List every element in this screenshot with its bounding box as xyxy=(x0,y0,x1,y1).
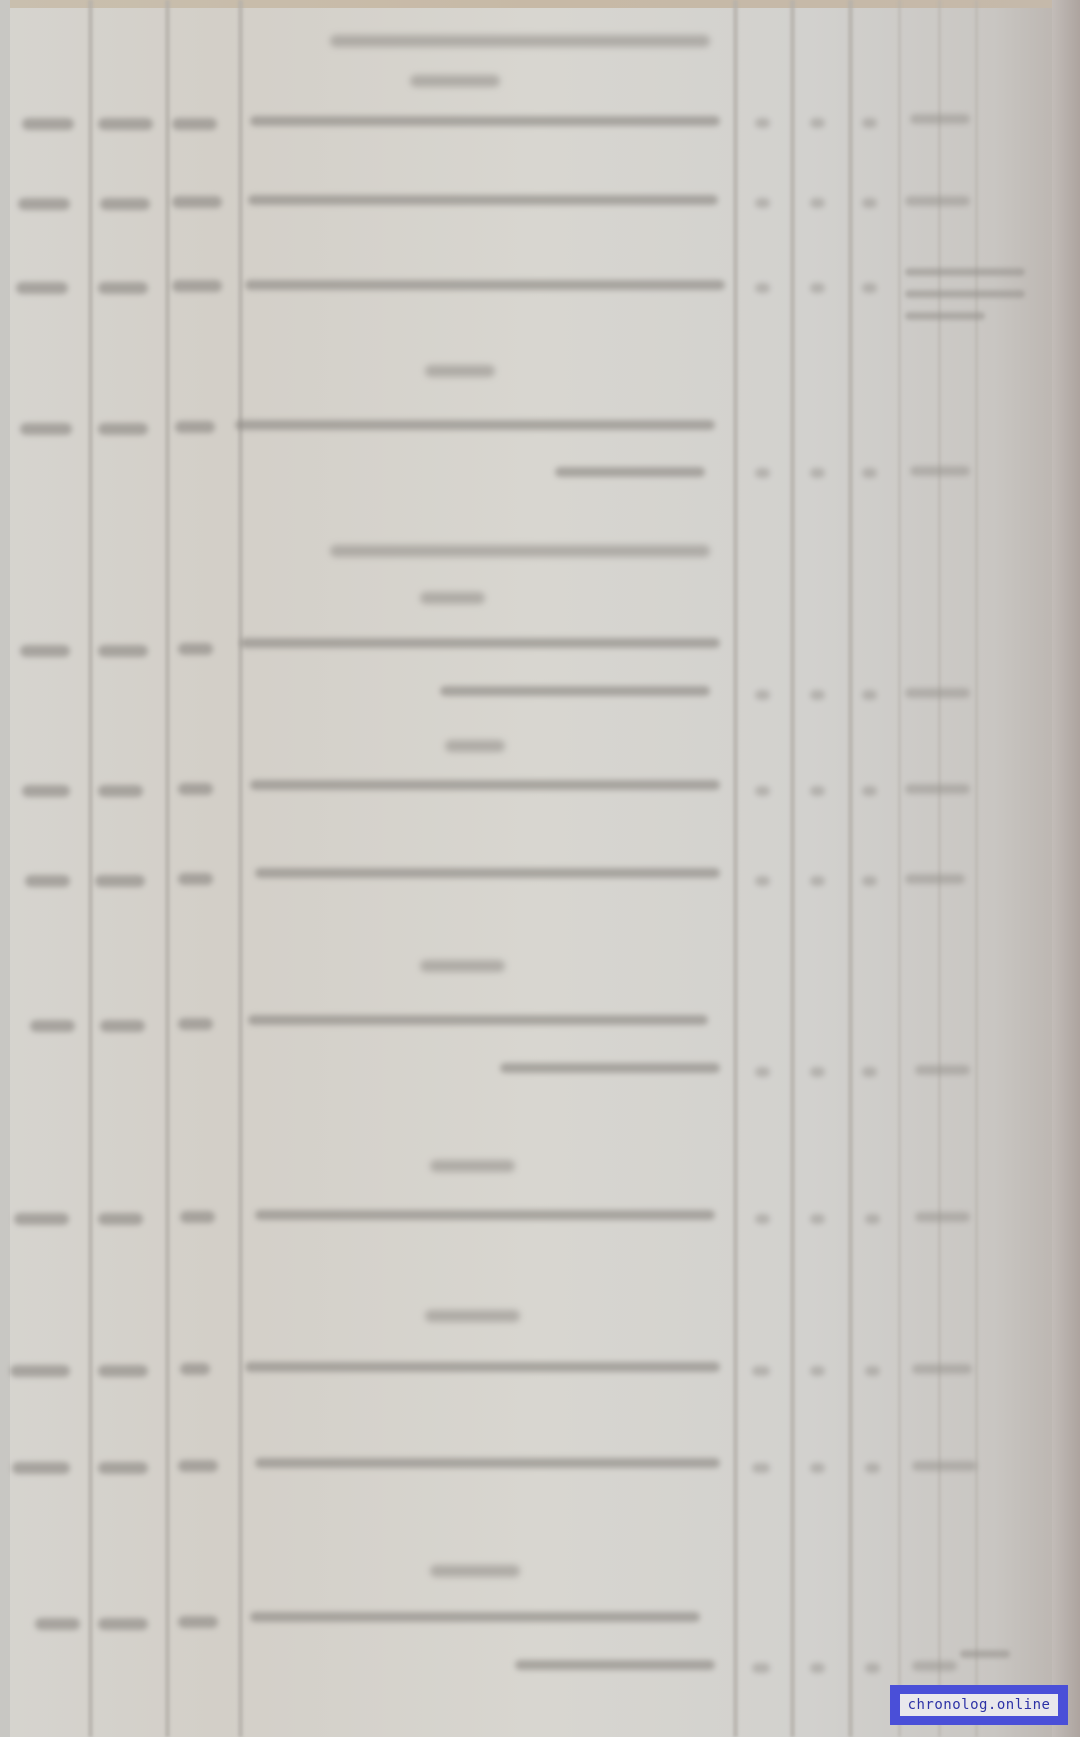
column-rule xyxy=(975,0,978,1737)
column-rule xyxy=(165,0,170,1737)
year-header-handwriting xyxy=(425,1310,520,1322)
year-header-handwriting xyxy=(430,1565,520,1577)
watermark-text: chronolog.online xyxy=(900,1694,1059,1716)
year-header-handwriting xyxy=(410,75,500,87)
year-header-handwriting xyxy=(420,960,505,972)
year-header-handwriting xyxy=(430,1160,515,1172)
section-header-handwriting xyxy=(330,545,710,557)
year-header-handwriting xyxy=(420,592,485,604)
column-rule xyxy=(238,0,243,1737)
column-rule xyxy=(88,0,93,1737)
column-rule xyxy=(848,0,853,1737)
column-rule xyxy=(790,0,795,1737)
watermark-badge: chronolog.online xyxy=(890,1685,1068,1725)
page-top-edge xyxy=(0,0,1080,8)
column-rule xyxy=(733,0,738,1737)
column-rule xyxy=(938,0,941,1737)
column-rule xyxy=(898,0,901,1737)
year-header-handwriting xyxy=(445,740,505,752)
section-header-handwriting xyxy=(330,35,710,47)
page-right-edge xyxy=(1052,0,1080,1737)
year-header-handwriting xyxy=(425,365,495,377)
page-left-edge xyxy=(0,0,10,1737)
